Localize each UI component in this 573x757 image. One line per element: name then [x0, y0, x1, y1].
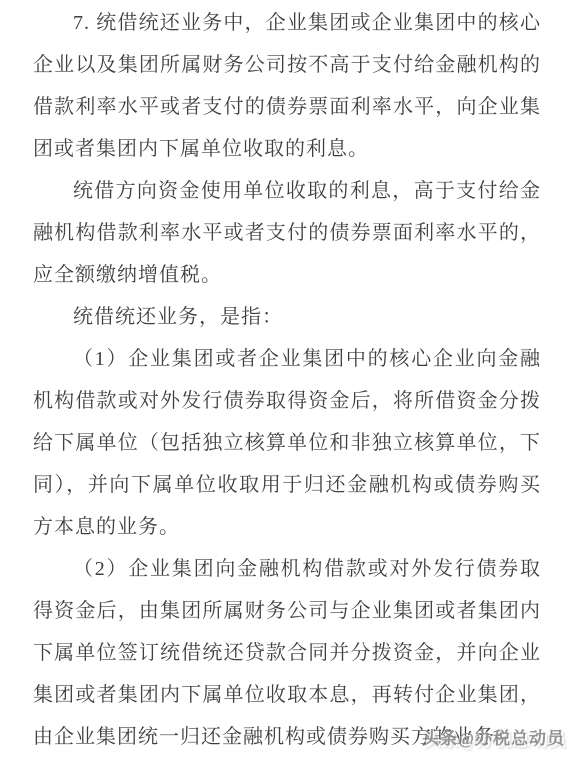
- paragraph-definition-lead: 统借统还业务，是指：: [33, 296, 541, 338]
- paragraph-intro: 7. 统借统还业务中，企业集团或企业集团中的核心企业以及集团所属财务公司按不高于…: [33, 2, 541, 170]
- paragraph-definition-item-1: （1）企业集团或者企业集团中的核心企业向金融机构借款或对外发行债券取得资金后，将…: [33, 338, 541, 548]
- document-page: 7. 统借统还业务中，企业集团或企业集团中的核心企业以及集团所属财务公司按不高于…: [0, 0, 573, 757]
- watermark: 头条@办税总动员: [422, 724, 565, 749]
- paragraph-tax-rule: 统借方向资金使用单位收取的利息，高于支付给金融机构借款利率水平或者支付的债券票面…: [33, 170, 541, 296]
